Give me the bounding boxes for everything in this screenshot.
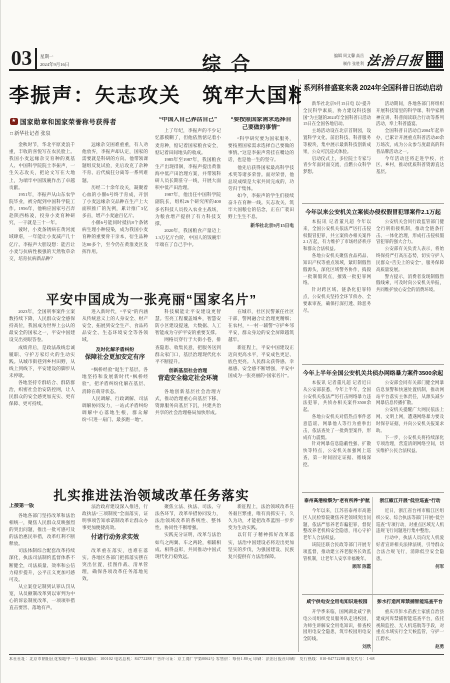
r3-column-1: 本报讯 记者董凡超 记者近日从公安部获悉，今年上半年，全国公安机关依法严厉打击网… <box>303 380 371 488</box>
lead-headline: 李振声：矢志攻关 筑牢大国粮仓 <box>9 79 301 108</box>
pingan-column-4: 在城市，社区民警兼任社区干部，警网融合让治理更精细；在农村，“一村一辅警”守护乡… <box>228 308 294 482</box>
pingan-column-1: 2023年，全国刑事案件立案数持续下降，人民群众安全感保持高位，我国成为世界上公… <box>9 308 75 482</box>
gaige-column-4: 新征程上，法治领域改革任务艰巨繁重，唯有真抓实干、久久为功，才能把改革蓝图一步步… <box>228 503 294 651</box>
divider <box>302 203 444 204</box>
masthead: 编辑 周文馨 高岳 制作 张胜利 法治日报 <box>334 50 443 69</box>
lead-column-1: 金秋时节，华北平原麦浪千重，丰收的喜悦写在农民脸上。我国小麦远缘杂交育种的奠基人… <box>9 141 75 283</box>
r2-headline: 今年以来公安机关立案侦办侵权假冒犯罪案件2.1万起 <box>302 207 444 216</box>
mini3-body: 开学季来临，国网湖北咸宁供电公司组织党员服务队走进校园，为师生讲解安全用电知识，… <box>303 609 371 652</box>
editor-credits: 编辑 周文馨 高岳 制作 张胜利 <box>334 52 364 66</box>
pingan-headline: 平安中国成为一张亮丽“国家名片” <box>9 289 294 308</box>
gaige-headline: 扎实推进法治领域改革任务落实 <box>9 485 294 504</box>
mini-column-divider <box>372 497 373 652</box>
r3-headline: 今年上半年全国公安机关共侦办网络暴力案件3500余起 <box>302 368 444 377</box>
footer-divider <box>9 654 444 655</box>
mini3-headline: 咸宁供电安全用电知识进校园 <box>303 599 371 605</box>
pull-quote: “中国人自己养活自己” <box>155 117 221 125</box>
r1-headline: 系列科普盛宴来袭 2024年全国科普日活动启动 <box>302 83 444 93</box>
lead-column-3: “中国人自己养活自己” 上了年纪，李振声的不少记忆都模糊了，但他依然惦记着小麦育… <box>155 117 221 283</box>
author-credit: 何军 <box>376 564 444 571</box>
divider <box>302 492 444 493</box>
kicker: ★ 国家勋章和国家荣誉称号获得者 <box>10 117 117 126</box>
mini4-body: 重庆市彭水苗族土家族自治县建成河库禁捕智能巡查平台，依托视频监控、无人机巡航等手… <box>376 609 444 652</box>
continued-marker: 上接第一版 <box>9 503 75 511</box>
divider <box>302 594 444 595</box>
column-divider <box>298 79 299 652</box>
header-divider <box>9 69 444 71</box>
byline: □ 新华社记者 张泉 <box>10 130 51 137</box>
subhead: 付诸行动务求实效 <box>82 534 148 543</box>
pingan-column-2: 进入新时代，“平安”的内涵从传统意义上的人身安全、财产安全，拓展到安全生产、食品… <box>82 308 148 482</box>
medal-icon: ★ <box>10 118 18 126</box>
gaige-column-1: 上接第一版 各地各部门坚持改革和法治相统一，聚焦人民群众反映强烈的突出问题，推出… <box>9 503 75 651</box>
divider <box>302 364 444 365</box>
r3-column-2: 公安部会同有关部门健全网暴信息预警和快速处置机制，推动网站平台落实主体责任，从源… <box>376 380 444 488</box>
gaige-column-2: 法治政府建设深入推进，行政执法“三项制度”全面落实，证明事项告知承诺制改革让群众… <box>82 503 148 651</box>
dateline: 新华社北京9月15日电 <box>228 222 294 229</box>
mini1-headline: 泰州高港检察为“老有所养”护航 <box>303 498 371 504</box>
r2-column-1: 本报讯 记者董凡超 今年以来，全国公安机关依法严厉打击侵权假冒犯罪，共立案侦办相… <box>303 219 371 360</box>
lead-column-4: “要按照国家需求选择自己要做的事情” “科学研究要为国家服务，要按照国家需求选择… <box>228 117 294 283</box>
subhead: 及时化解矛盾纠纷 保障社会更加安定有序 <box>82 347 148 364</box>
gaige-column-3: 聚焦立法、执法、司法、守法各环节，改革举措协同发力，法治领域改革的系统性、整体性… <box>155 503 221 651</box>
pull-quote: “要按照国家需求选择自己要做的事情” <box>228 117 294 133</box>
subhead: 创新基层社会治理 营造安全稳定社会环境 <box>155 368 221 385</box>
mini2-body: 近日，浙江省台州市椒江区组织公安、综合执法等部门开展“低空巡查”专项行动，对重点… <box>376 508 444 591</box>
pingan-column-3: 科技赋能让平安建设更智慧。雪亮工程覆盖城乡，智慧安防小区建设提速，大数据、人工智… <box>155 308 221 482</box>
mini2-headline: 浙江椒江开展“低空巡查”行动 <box>376 498 444 504</box>
author-credit: 赵勇 <box>376 644 444 651</box>
qr-code-icon <box>426 51 443 68</box>
footer-imprint: 本社社址：北京市朝阳区花家地甲一号 邮政编码：100102 电话总机：84772… <box>9 657 444 662</box>
lead-column-2: 远缘杂交困难重重，有人劝他放弃，李振声却认定，国家的需要就是科研的方向。他带领课… <box>82 141 148 283</box>
paper-logo: 法治日报 <box>366 50 425 69</box>
r1-column-1: 新华社北京9月15日电 以“提升全民科学素质，协力建设科技强国”为主题的2024… <box>303 101 371 199</box>
kicker-label: 国家勋章和国家荣誉称号获得者 <box>20 117 117 126</box>
mini4-headline: 彭水打造河库禁捕智能巡查平台 <box>376 599 444 605</box>
r1-column-2: 活动期间，各地各部门将组织开展科技馆里的科学课、科学家精神宣讲、科普阅读联合行动… <box>376 101 444 199</box>
r2-column-2: 公安机关会同行政监管部门健全行刑衔接机制，推动全链条打击、一体化治理，形成打击侵… <box>376 219 444 360</box>
mini1-body: 今年以来，江苏省泰州市高港区人民检察院聚焦养老领域突出问题，依法严惩养老诈骗犯罪… <box>303 508 371 591</box>
author-credit: 刘欣 <box>303 644 371 651</box>
author-credit: 顾军 陈霞 <box>303 564 371 571</box>
newspaper-page: 03 星期一 2024年9月16日 综合 编辑 周文馨 高岳 制作 张胜利 法治… <box>0 0 450 683</box>
